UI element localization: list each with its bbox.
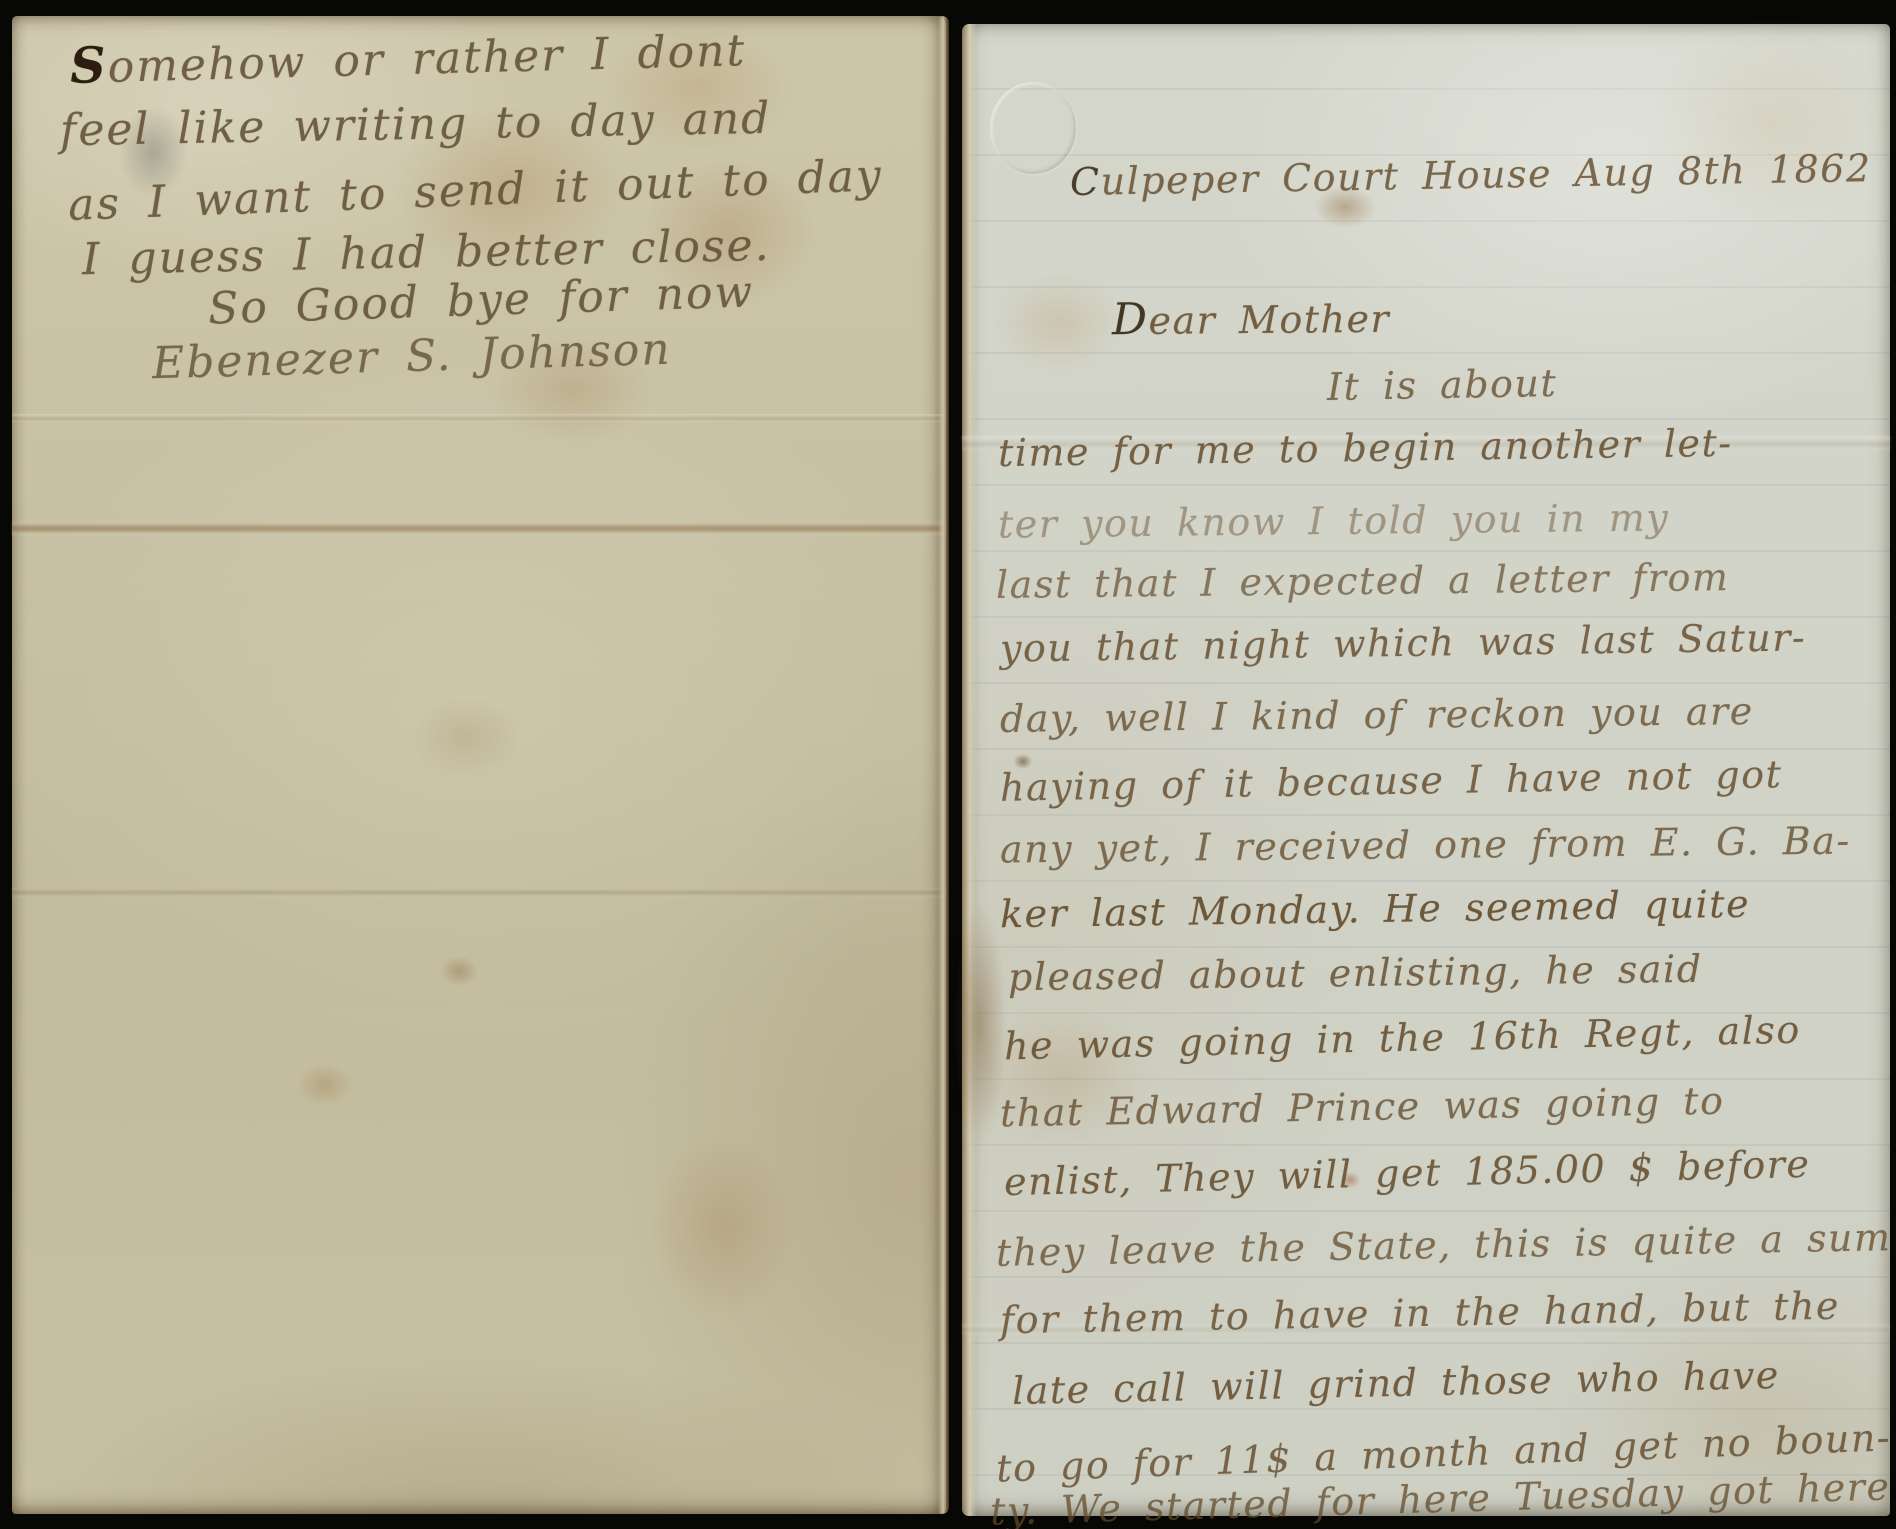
fold-crease bbox=[12, 888, 946, 897]
paper-stain bbox=[600, 20, 795, 155]
body-line-6: day, well I kind of reckon you are bbox=[1000, 692, 1754, 740]
paper-stain bbox=[954, 902, 1006, 1147]
closing-line-4: I guess I had better close. bbox=[82, 223, 771, 284]
body-line-18: ty. We started for here Tuesday got here bbox=[990, 1467, 1891, 1529]
paper-stain bbox=[1650, 16, 1896, 228]
letter-page-right: Culpeper Court House Aug 8th 1862 Dear M… bbox=[962, 24, 1890, 1516]
paper-stain bbox=[1340, 1172, 1360, 1188]
body-line-7: haying of it because I have not got bbox=[1000, 755, 1783, 809]
body-line-10: pleased about enlisting, he said bbox=[1008, 950, 1703, 998]
fold-crease bbox=[12, 414, 946, 422]
pencil-smudge bbox=[118, 106, 188, 198]
body-line-14: they leave the State, this is quite a su… bbox=[996, 1218, 1892, 1274]
body-line-5: you that night which was last Satur- bbox=[1000, 618, 1807, 669]
body-line-12: that Edward Prince was going to bbox=[1000, 1082, 1725, 1135]
body-line-17: to go for 11$ a month and get no boun- bbox=[996, 1418, 1892, 1489]
signature: Ebenezer S. Johnson bbox=[151, 327, 672, 388]
body-line-13: enlist, They will get 185.00 $ before bbox=[1004, 1145, 1811, 1203]
body-line-11: he was going in the 16th Regt, also bbox=[1004, 1011, 1801, 1068]
ink-blot bbox=[1014, 754, 1032, 769]
body-line-1: It is about bbox=[1327, 364, 1558, 408]
salutation: Dear Mother bbox=[1112, 295, 1390, 343]
paper-stain bbox=[970, 1004, 1152, 1146]
body-line-3: ter you know I told you in my bbox=[998, 498, 1670, 545]
paper-stain bbox=[392, 104, 627, 274]
letter-scan: Somehow or rather I dont feel like writi… bbox=[0, 0, 1896, 1529]
farewell-line: So Good bye for now bbox=[207, 269, 754, 332]
paper-stain bbox=[650, 1134, 795, 1319]
ink-blot bbox=[1314, 186, 1376, 228]
paper-stain bbox=[1598, 1314, 1896, 1519]
fold-crease bbox=[962, 436, 1890, 450]
paper-stain bbox=[490, 334, 655, 446]
closing-line-2: feel like writing to day and bbox=[60, 96, 772, 155]
letter-page-left: Somehow or rather I dont feel like writi… bbox=[12, 16, 946, 1514]
fold-crease bbox=[12, 522, 946, 535]
paper-stain bbox=[992, 272, 1124, 374]
closing-line-3: as I want to send it out to day bbox=[67, 153, 883, 229]
closing-line-1: Somehow or rather I dont bbox=[69, 23, 746, 92]
paper-stain bbox=[410, 696, 522, 778]
body-line-2: time for me to begin another let- bbox=[998, 424, 1733, 474]
paper-stain bbox=[297, 1064, 352, 1106]
body-line-8: any yet, I received one from E. G. Ba- bbox=[1000, 822, 1851, 871]
paper-stain bbox=[642, 156, 817, 306]
body-line-16: late call will grind those who have bbox=[1012, 1356, 1780, 1412]
paper-stain bbox=[440, 956, 478, 986]
body-line-15: for them to have in the hand, but the bbox=[1000, 1287, 1840, 1342]
body-line-4: last that I expected a letter from bbox=[996, 558, 1730, 606]
fold-crease bbox=[962, 1324, 1890, 1334]
dateline: Culpeper Court House Aug 8th 1862 bbox=[1070, 149, 1872, 203]
body-line-9: ker last Monday. He seemed quite bbox=[1000, 885, 1751, 935]
embossed-paper-seal bbox=[990, 82, 1076, 174]
